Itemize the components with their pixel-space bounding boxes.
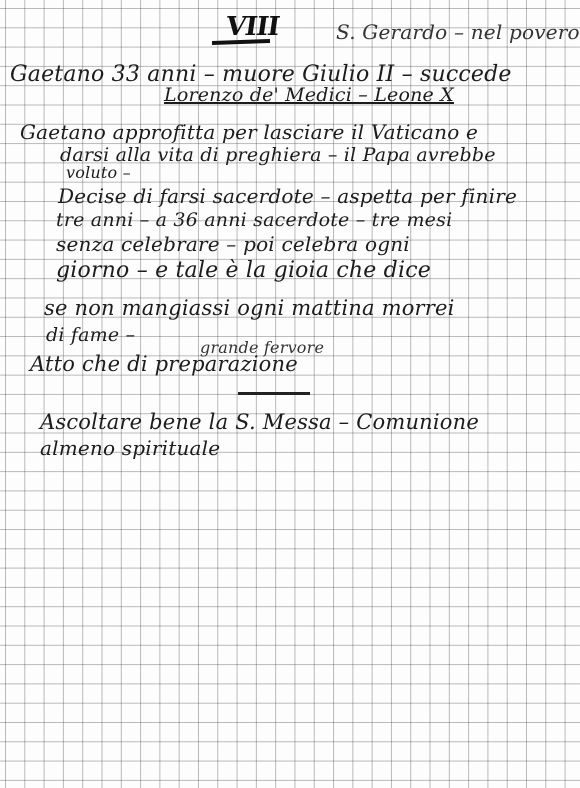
note-line-11: di fame – [46,324,135,346]
note-line-6: Decise di farsi sacerdote – aspetta per … [58,184,517,208]
section-divider [238,392,310,395]
note-line-5: voluto – [66,163,131,182]
note-line-12: Atto che di preparazione [30,352,298,376]
note-line-10: se non mangiassi ogni mattina morrei [44,296,455,320]
note-line-7: tre anni – a 36 anni sacerdote – tre mes… [56,209,452,231]
note-line-14: almeno spirituale [40,436,220,460]
note-line-9: giorno – e tale è la gioia che dice [56,258,431,283]
note-line-3: Gaetano approfitta per lasciare il Vatic… [20,120,478,144]
note-line-13: Ascoltare bene la S. Messa – Comunione [40,410,479,434]
heading-right: S. Gerardo – nel povero [336,20,580,44]
note-line-8: senza celebrare – poi celebra ogni [56,232,410,256]
section-number: VIII [224,12,281,42]
title-underline [212,39,270,45]
graph-paper-page: VIII S. Gerardo – nel povero Gaetano 33 … [0,0,580,788]
note-line-2: Lorenzo de' Medici – Leone X [164,84,454,106]
